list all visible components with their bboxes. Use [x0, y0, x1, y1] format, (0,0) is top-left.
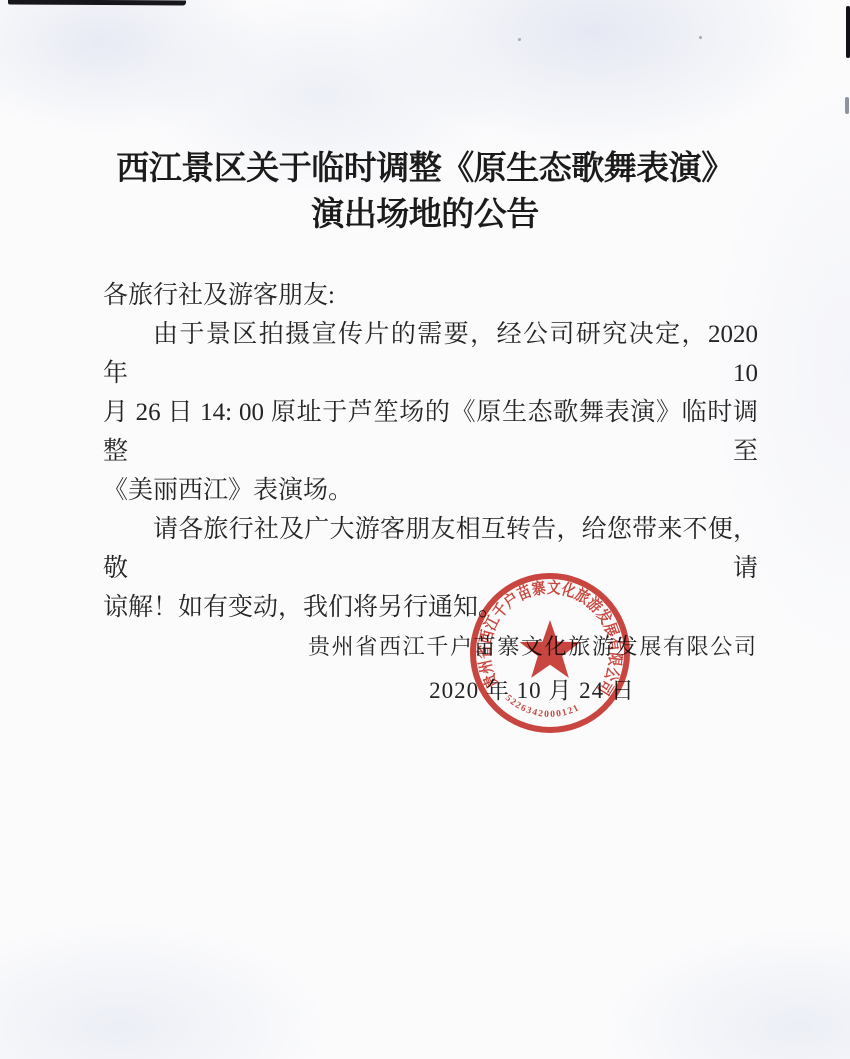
scan-artifact-top-left — [8, 0, 186, 5]
scan-speck — [699, 36, 702, 39]
scanned-notice-page: 西江景区关于临时调整《原生态歌舞表演》 演出场地的公告 各旅行社及游客朋友: 由… — [0, 0, 850, 1059]
paragraph2-line2: 谅解！如有变动，我们将另行通知。 — [103, 588, 758, 627]
paragraph1-line3: 《美丽西江》表演场。 — [103, 471, 758, 510]
notice-title-line1: 西江景区关于临时调整《原生态歌舞表演》 — [0, 146, 850, 192]
svg-text:5226342000121: 5226342000121 — [503, 693, 582, 720]
scan-artifact-right-edge-small — [845, 97, 849, 114]
seal-star-icon — [520, 620, 581, 678]
notice-title-line2: 演出场地的公告 — [0, 192, 850, 238]
salutation: 各旅行社及游客朋友: — [103, 276, 758, 315]
scan-speck — [518, 38, 521, 41]
seal-code: 5226342000121 — [503, 693, 582, 720]
paragraph2-line1: 请各旅行社及广大游客朋友相互转告，给您带来不便，敬请 — [103, 510, 758, 588]
notice-title: 西江景区关于临时调整《原生态歌舞表演》 演出场地的公告 — [0, 146, 850, 238]
scan-artifact-right-edge — [846, 6, 850, 58]
paragraph1-line1: 由于景区拍摄宣传片的需要，经公司研究决定，2020 年 10 — [103, 315, 758, 393]
paragraph1-line2: 月 26 日 14: 00 原址于芦笙场的《原生态歌舞表演》临时调整至 — [103, 393, 758, 471]
notice-body: 各旅行社及游客朋友: 由于景区拍摄宣传片的需要，经公司研究决定，2020 年 1… — [103, 276, 758, 627]
company-seal-stamp-icon: 贵州省西江千户苗寨文化旅游发展有限公司 5226342000121 — [465, 568, 635, 738]
